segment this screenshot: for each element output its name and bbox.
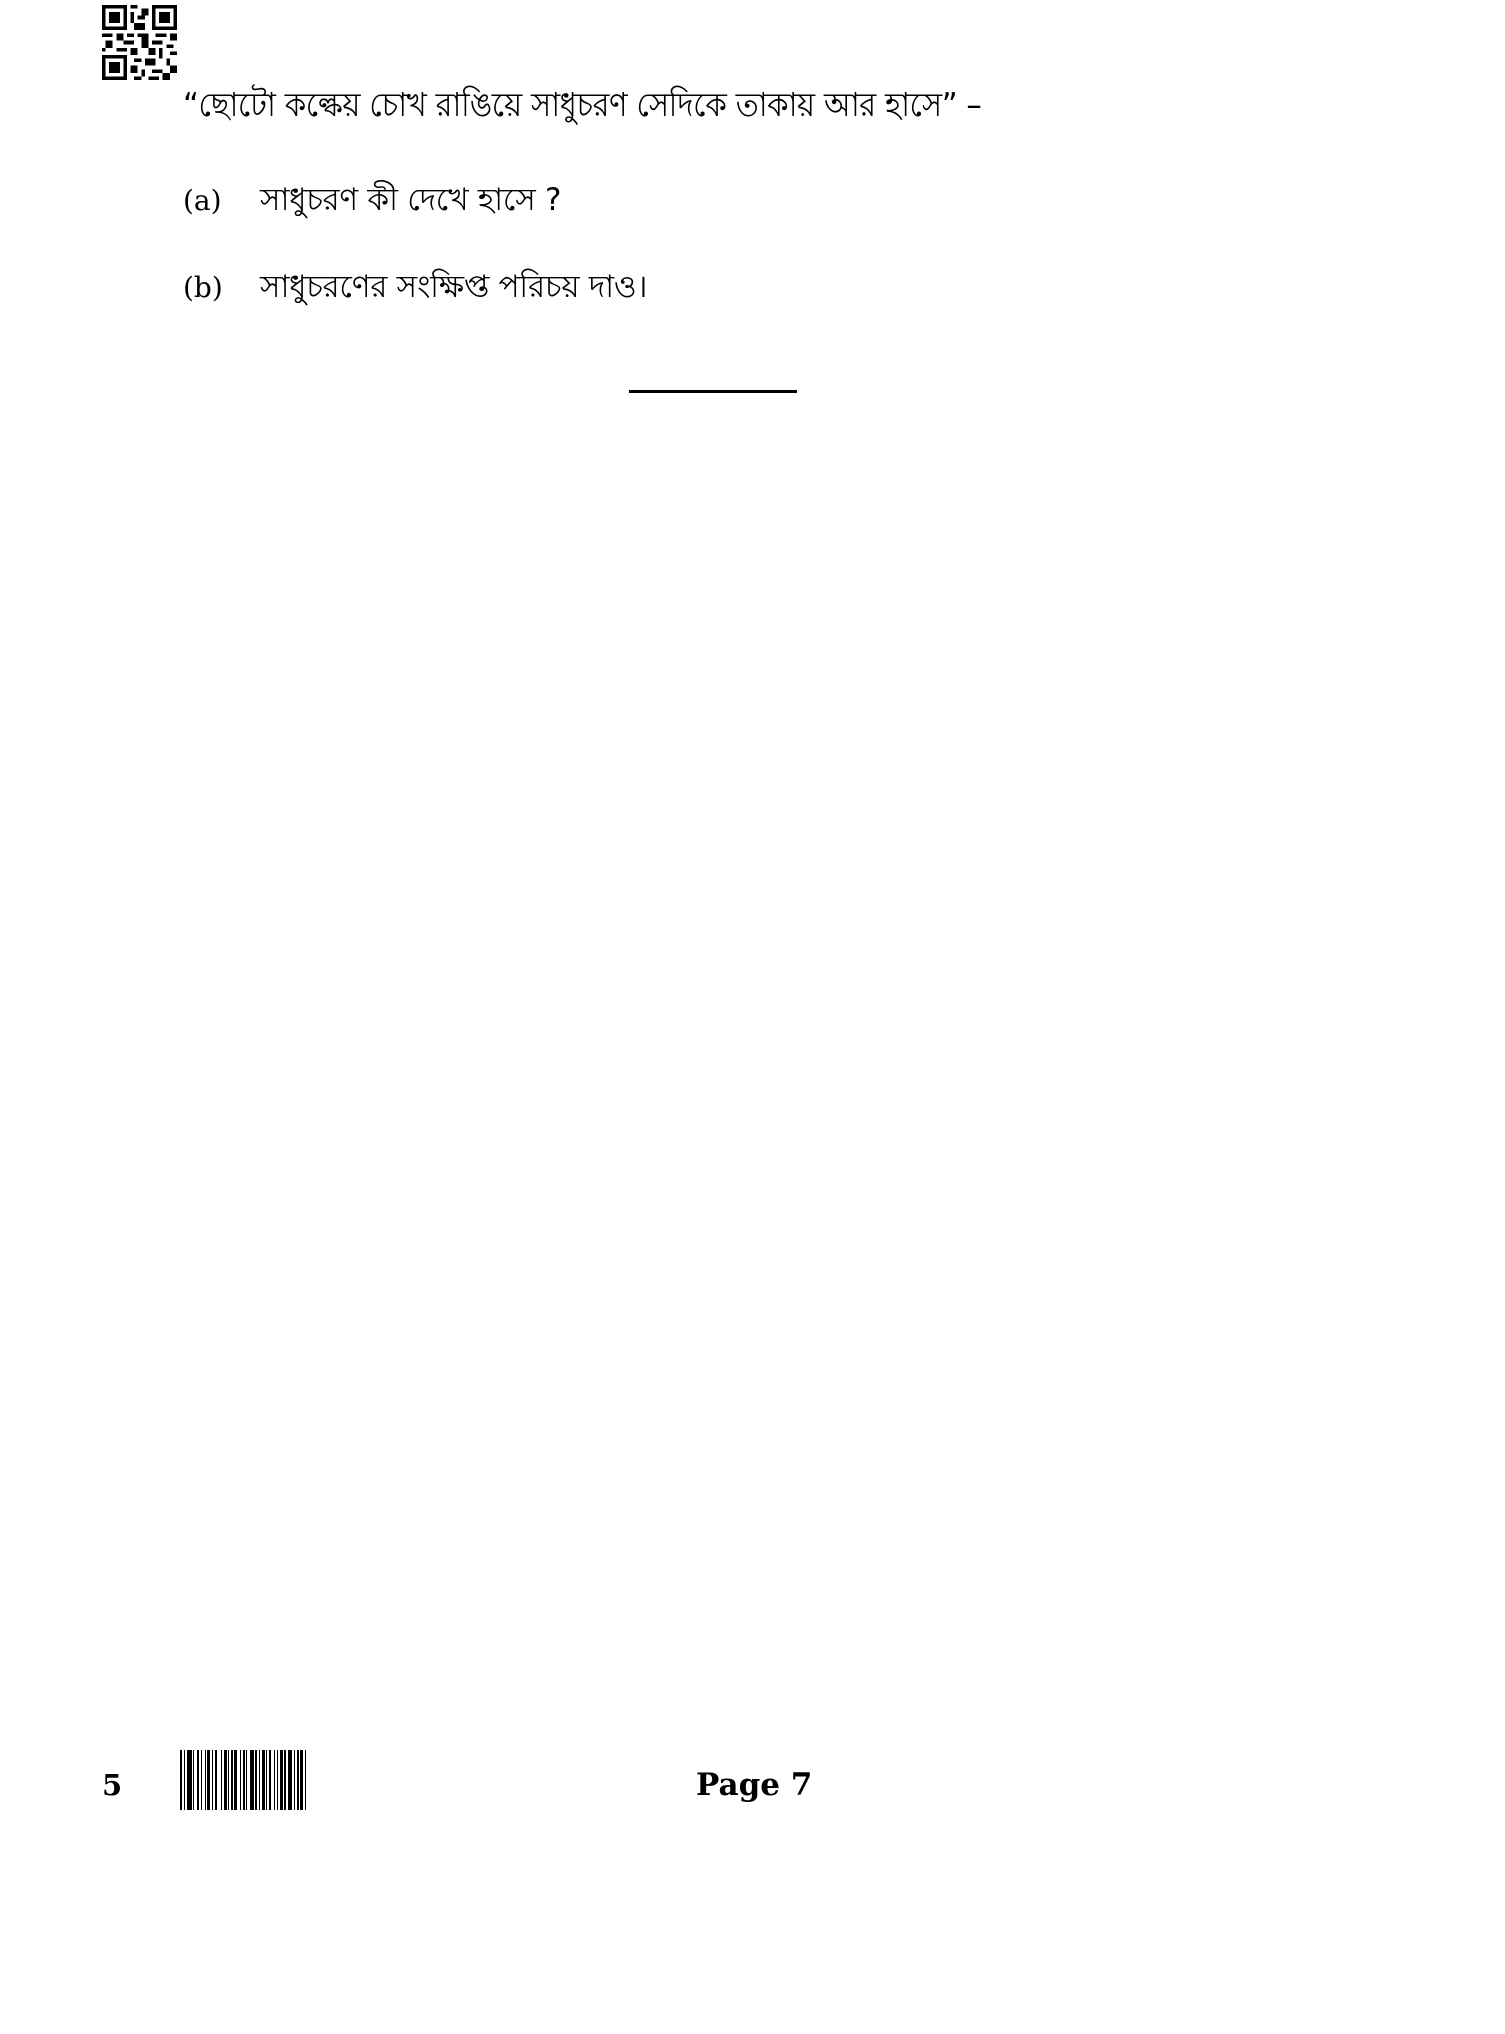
page-number: Page 7 [696, 1765, 812, 1805]
sub-question-text: সাধুচরণ কী দেখে হাসে ? [260, 176, 561, 228]
question-quote: “ছোটো কল্কেয় চোখ রাঙিয়ে সাধুচরণ সেদিকে… [183, 82, 981, 128]
sub-question-text: সাধুচরণের সংক্ষিপ্ত পরিচয় দাও। [260, 263, 647, 315]
set-number: 5 [102, 1768, 122, 1802]
sub-question-label: (a) [183, 184, 260, 217]
sub-question-a: (a) সাধুচরণ কী দেখে হাসে ? [183, 176, 561, 228]
sub-question-label: (b) [183, 271, 260, 304]
end-of-section-rule [629, 390, 797, 393]
barcode-icon [180, 1750, 413, 1810]
qr-code-icon [101, 5, 178, 80]
sub-question-b: (b) সাধুচরণের সংক্ষিপ্ত পরিচয় দাও। [183, 263, 647, 315]
